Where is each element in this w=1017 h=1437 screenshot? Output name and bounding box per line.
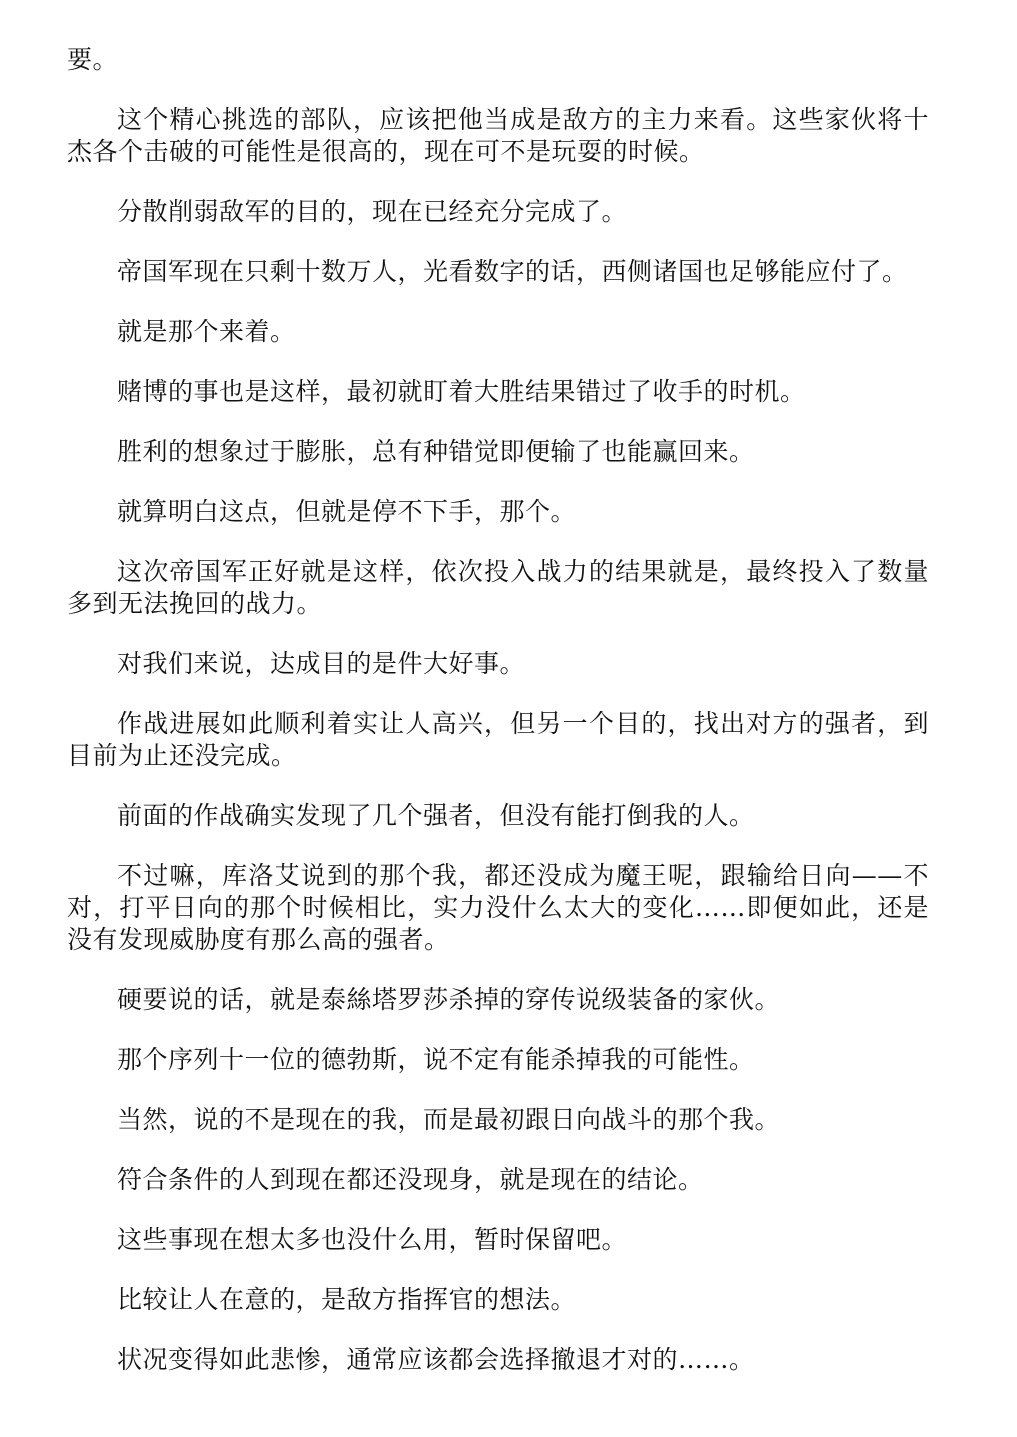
paragraph: 对我们来说，达成目的是件大好事。 — [67, 648, 929, 680]
paragraph: 赌博的事也是这样，最初就盯着大胜结果错过了收手的时机。 — [67, 376, 929, 408]
paragraph: 这些事现在想太多也没什么用，暂时保留吧。 — [67, 1224, 929, 1256]
paragraph: 胜利的想象过于膨胀，总有种错觉即便输了也能赢回来。 — [67, 436, 929, 468]
paragraph: 这次帝国军正好就是这样，依次投入战力的结果就是，最终投入了数量多到无法挽回的战力… — [67, 556, 929, 620]
paragraph: 硬要说的话，就是泰絲塔罗莎杀掉的穿传说级装备的家伙。 — [67, 984, 929, 1016]
paragraph: 当然，说的不是现在的我，而是最初跟日向战斗的那个我。 — [67, 1104, 929, 1136]
paragraph: 作战进展如此顺利着实让人高兴，但另一个目的，找出对方的强者，到目前为止还没完成。 — [67, 708, 929, 772]
paragraph: 比较让人在意的，是敌方指挥官的想法。 — [67, 1284, 929, 1316]
paragraph: 不过嘛，库洛艾说到的那个我，都还没成为魔王呢，跟输给日向——不对，打平日向的那个… — [67, 860, 929, 956]
paragraph: 帝国军现在只剩十数万人，光看数字的话，西侧诸国也足够能应付了。 — [67, 256, 929, 288]
paragraph: 前面的作战确实发现了几个强者，但没有能打倒我的人。 — [67, 800, 929, 832]
document-page: 要。 这个精心挑选的部队，应该把他当成是敌方的主力来看。这些家伙将十杰各个击破的… — [67, 44, 929, 1404]
paragraph: 就是那个来着。 — [67, 316, 929, 348]
paragraph-continuation: 要。 — [67, 44, 929, 76]
paragraph: 状况变得如此悲惨，通常应该都会选择撤退才对的……。 — [67, 1344, 929, 1376]
paragraph: 就算明白这点，但就是停不下手，那个。 — [67, 496, 929, 528]
paragraph: 分散削弱敌军的目的，现在已经充分完成了。 — [67, 196, 929, 228]
paragraph: 那个序列十一位的德勃斯，说不定有能杀掉我的可能性。 — [67, 1044, 929, 1076]
paragraph: 这个精心挑选的部队，应该把他当成是敌方的主力来看。这些家伙将十杰各个击破的可能性… — [67, 104, 929, 168]
paragraph: 符合条件的人到现在都还没现身，就是现在的结论。 — [67, 1164, 929, 1196]
